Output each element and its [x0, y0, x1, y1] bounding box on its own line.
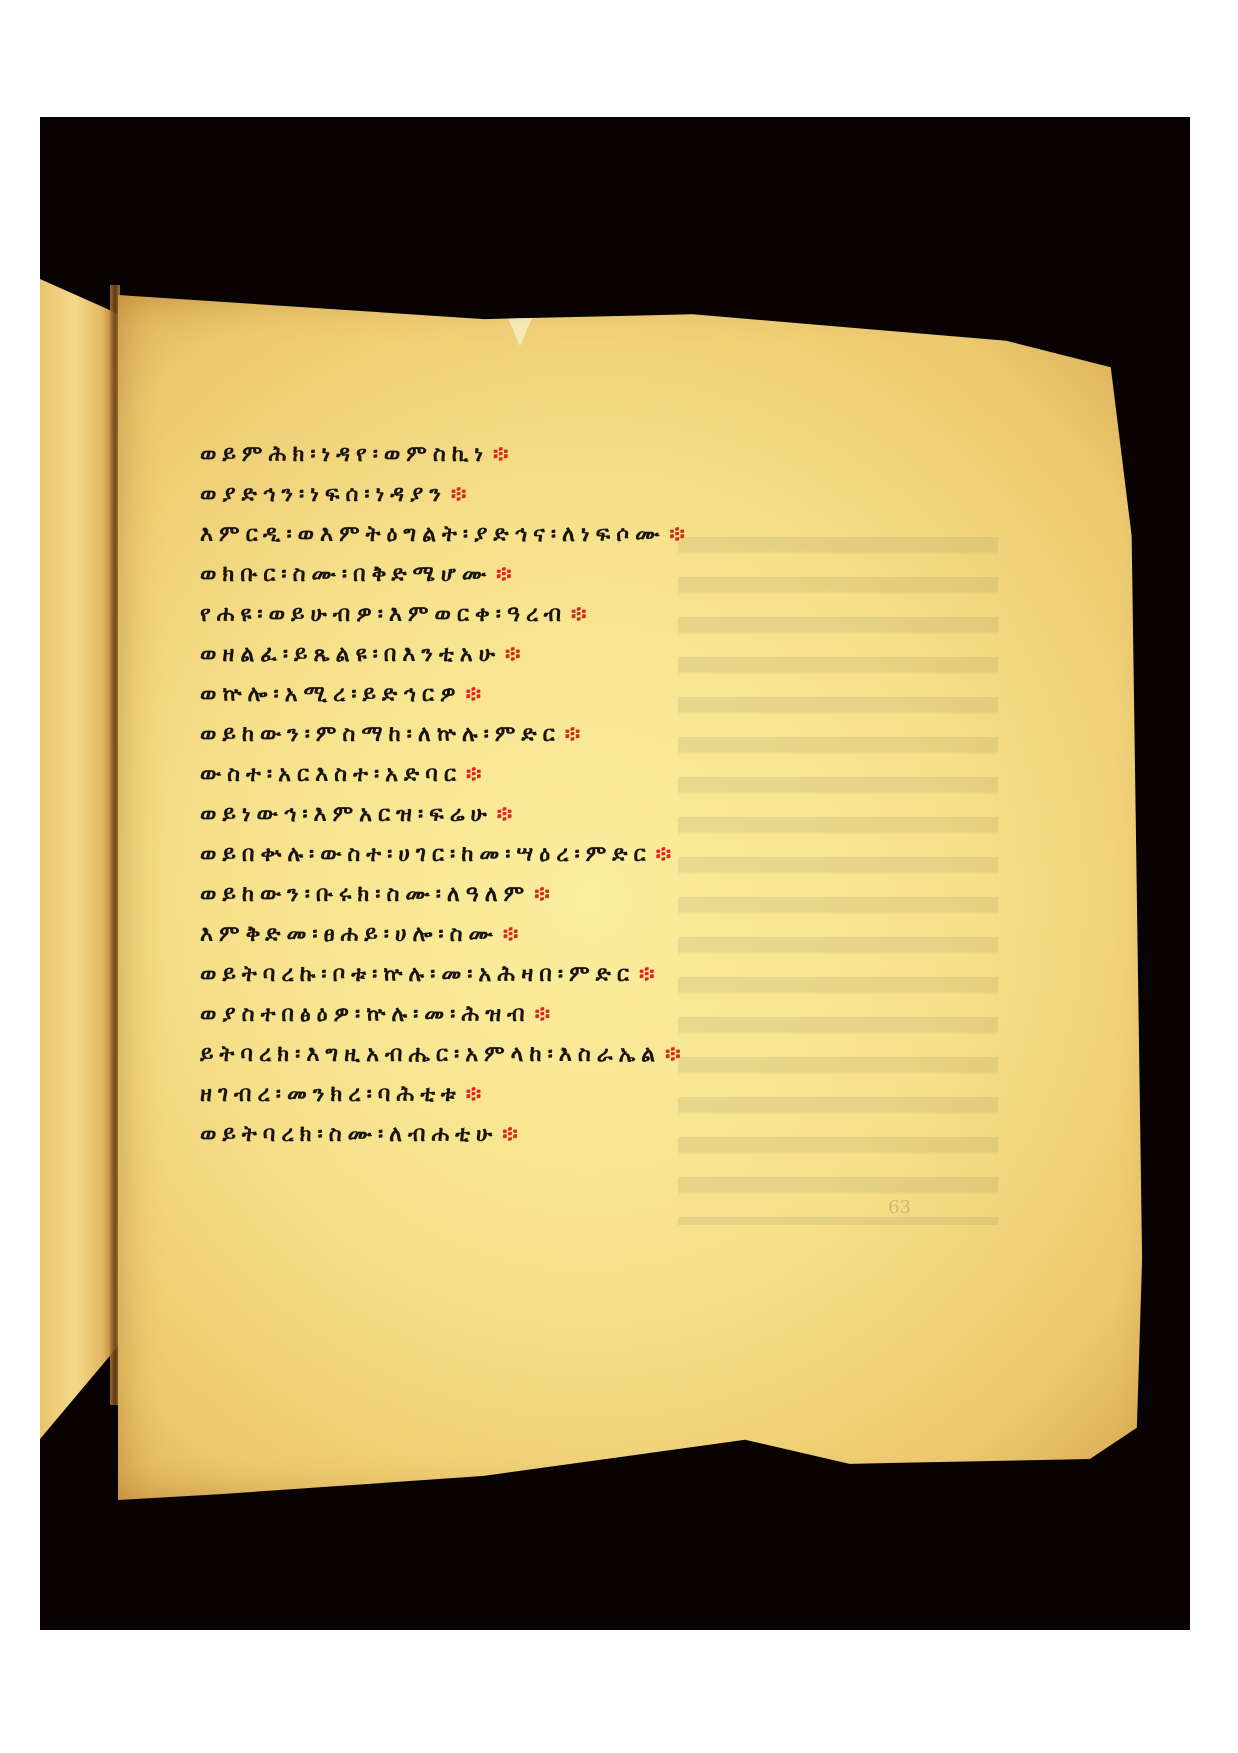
- rubric-verse-mark-icon: ፨: [665, 1042, 680, 1067]
- text-line: ይትባረክ፡እግዚአብሔር፡አምላከ፡እስራኤል፨: [200, 1038, 900, 1078]
- line-text: ወኵሎ፡አሚረ፡ይድኅርዎ: [200, 682, 462, 707]
- page-tab-fold: [500, 300, 540, 346]
- rubric-verse-mark-icon: ፨: [534, 882, 549, 907]
- rubric-verse-mark-icon: ፨: [503, 922, 518, 947]
- line-text: ወይበቍሉ፡ውስተ፡ሀገር፡ከመ፡ሣዕረ፡ምድር: [200, 842, 652, 867]
- rubric-verse-mark-icon: ፨: [505, 642, 520, 667]
- text-line: ወያስተበፅዕዎ፡ኵሉ፡መ፡ሕዝብ፨: [200, 998, 900, 1038]
- text-line: ወይትባረክ፡ስሙ፡ለብሐቲሁ፨: [200, 1118, 900, 1158]
- verso-page-edge: [40, 279, 118, 1439]
- line-text: ወይነውኅ፡እምአርዝ፡ፍሬሁ: [200, 802, 493, 827]
- text-line: ወይበቍሉ፡ውስተ፡ሀገር፡ከመ፡ሣዕረ፡ምድር፨: [200, 838, 900, 878]
- text-line: የሐዩ፡ወይሁብዎ፡እምወርቀ፡ዓረብ፨: [200, 598, 900, 638]
- text-line: ወኵሎ፡አሚረ፡ይድኅርዎ፨: [200, 678, 900, 718]
- line-text: ወያድኅን፡ነፍሰ፡ነዳያን: [200, 482, 447, 507]
- folio-number: 63: [888, 1197, 911, 1218]
- line-text: እምቅድመ፡ፀሐይ፡ሀሎ፡ስሙ: [200, 922, 499, 947]
- rubric-verse-mark-icon: ፨: [639, 962, 654, 987]
- text-line: እምርዲ፡ወእምትዕግልት፡ያድኅና፡ለነፍሶሙ፨: [200, 518, 900, 558]
- line-text: ወይምሕክ፡ነዳየ፡ወምስኪነ: [200, 442, 489, 467]
- line-text: ይትባረክ፡እግዚአብሔር፡አምላከ፡እስራኤል: [200, 1042, 661, 1067]
- text-line: ዘገብረ፡መንክረ፡ባሕቲቱ፨: [200, 1078, 900, 1118]
- text-line: ወክቡር፡ስሙ፡በቅድሜሆሙ፨: [200, 558, 900, 598]
- text-line: እምቅድመ፡ፀሐይ፡ሀሎ፡ስሙ፨: [200, 918, 900, 958]
- text-line: ወይነውኅ፡እምአርዝ፡ፍሬሁ፨: [200, 798, 900, 838]
- rubric-verse-mark-icon: ፨: [466, 762, 481, 787]
- text-line: ወይምሕክ፡ነዳየ፡ወምስኪነ፨: [200, 438, 900, 478]
- line-text: ወያስተበፅዕዎ፡ኵሉ፡መ፡ሕዝብ: [200, 1002, 531, 1027]
- line-text: ወይከውን፡ቡሩክ፡ስሙ፡ለዓለም: [200, 882, 530, 907]
- rubric-verse-mark-icon: ፨: [466, 682, 481, 707]
- text-line: ውስተ፡አርእስተ፡አድባር፨: [200, 758, 900, 798]
- rubric-verse-mark-icon: ፨: [669, 522, 684, 547]
- text-line: ወይከውን፡ምስማከ፡ለኵሉ፡ምድር፨: [200, 718, 900, 758]
- rubric-verse-mark-icon: ፨: [466, 1082, 481, 1107]
- rubric-verse-mark-icon: ፨: [496, 562, 511, 587]
- text-line: ወዘልፈ፡ይጼልዩ፡በእንቲአሁ፨: [200, 638, 900, 678]
- line-text: ወይትባረክ፡ስሙ፡ለብሐቲሁ: [200, 1122, 498, 1147]
- text-line: ወይከውን፡ቡሩክ፡ስሙ፡ለዓለም፨: [200, 878, 900, 918]
- line-text: ዘገብረ፡መንክረ፡ባሕቲቱ: [200, 1082, 462, 1107]
- rubric-verse-mark-icon: ፨: [656, 842, 671, 867]
- line-text: ወይትባረኩ፡ቦቱ፡ኵሉ፡መ፡አሕዛበ፡ምድር: [200, 962, 635, 987]
- rubric-verse-mark-icon: ፨: [497, 802, 512, 827]
- line-text: ወይከውን፡ምስማከ፡ለኵሉ፡ምድር: [200, 722, 561, 747]
- rubric-verse-mark-icon: ፨: [451, 482, 466, 507]
- rubric-verse-mark-icon: ፨: [535, 1002, 550, 1027]
- text-line: ወያድኅን፡ነፍሰ፡ነዳያን፨: [200, 478, 900, 518]
- rubric-verse-mark-icon: ፨: [493, 442, 508, 467]
- rubric-verse-mark-icon: ፨: [565, 722, 580, 747]
- line-text: ውስተ፡አርእስተ፡አድባር: [200, 762, 462, 787]
- line-text: እምርዲ፡ወእምትዕግልት፡ያድኅና፡ለነፍሶሙ: [200, 522, 665, 547]
- rubric-verse-mark-icon: ፨: [502, 1122, 517, 1147]
- line-text: ወክቡር፡ስሙ፡በቅድሜሆሙ: [200, 562, 492, 587]
- line-text: የሐዩ፡ወይሁብዎ፡እምወርቀ፡ዓረብ: [200, 602, 567, 627]
- manuscript-text: ወይምሕክ፡ነዳየ፡ወምስኪነ፨ወያድኅን፡ነፍሰ፡ነዳያን፨እምርዲ፡ወእምት…: [200, 438, 900, 1158]
- line-text: ወዘልፈ፡ይጼልዩ፡በእንቲአሁ: [200, 642, 501, 667]
- rubric-verse-mark-icon: ፨: [571, 602, 586, 627]
- text-line: ወይትባረኩ፡ቦቱ፡ኵሉ፡መ፡አሕዛበ፡ምድር፨: [200, 958, 900, 998]
